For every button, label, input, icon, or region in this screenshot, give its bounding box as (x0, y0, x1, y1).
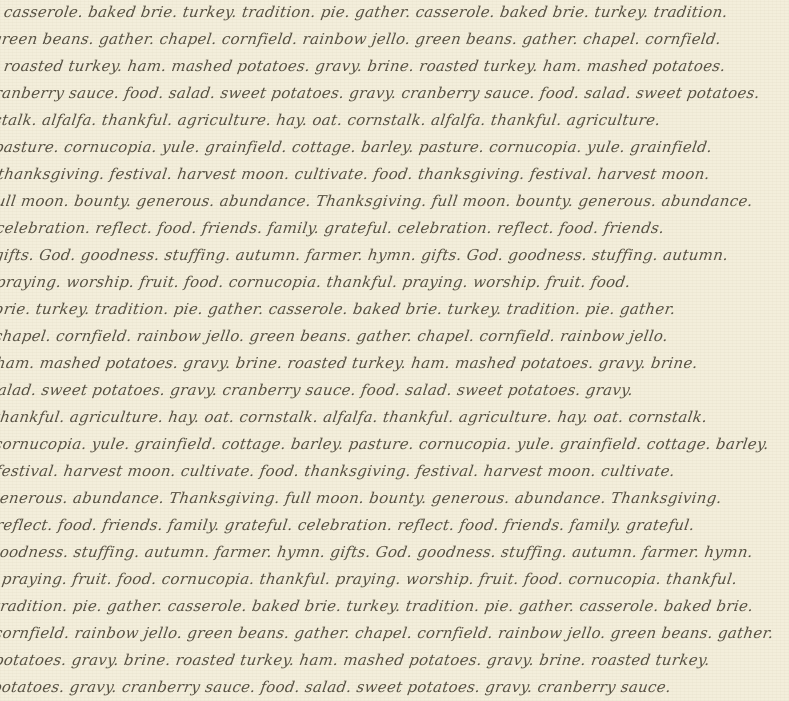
cursive-word-line: generous. abundance. Thanksgiving. full … (0, 488, 723, 508)
cursive-word-line: salad. sweet potatoes. gravy. cranberry … (0, 380, 635, 400)
cursive-word-line: thanksgiving. festival. harvest moon. cu… (0, 164, 711, 184)
cursive-word-line: reflect. food. friends. family. grateful… (0, 515, 696, 535)
cursive-word-line: chapel. cornfield. rainbow jello. green … (0, 326, 669, 346)
cursive-word-line: praying. worship. fruit. food. cornucopi… (0, 272, 632, 292)
cursive-word-line: gifts. God. goodness. stuffing. autumn. … (0, 245, 730, 265)
cursive-word-line: full moon. bounty. generous. abundance. … (0, 191, 754, 211)
cursive-word-line: stalk. alfalfa. thankful. agriculture. h… (0, 110, 662, 130)
cursive-word-line: praying. fruit. food. cornucopia. thankf… (1, 569, 739, 589)
cursive-word-line: roasted turkey. ham. mashed potatoes. gr… (3, 56, 727, 76)
cursive-word-line: ham. mashed potatoes. gravy. brine. roas… (0, 353, 699, 373)
cursive-word-line: cranberry sauce. food. salad. sweet pota… (0, 83, 761, 103)
cursive-word-line: thankful. agriculture. hay. oat. cornsta… (0, 407, 709, 427)
cursive-word-line: cornucopia. yule. grainfield. cottage. b… (0, 434, 770, 454)
cursive-word-line: festival. harvest moon. cultivate. food.… (0, 461, 676, 481)
fabric-print: casserole. baked brie. turkey. tradition… (0, 0, 789, 701)
cursive-word-line: goodness. stuffing. autumn. farmer. hymn… (0, 542, 754, 562)
cursive-word-line: cornfield. rainbow jello. green beans. g… (0, 623, 775, 643)
cursive-word-line: tradition. pie. gather. casserole. baked… (0, 596, 755, 616)
cursive-word-line: pasture. cornucopia. yule. grainfield. c… (0, 137, 714, 157)
cursive-word-line: casserole. baked brie. turkey. tradition… (3, 2, 729, 22)
cursive-word-line: brie. turkey. tradition. pie. gather. ca… (0, 299, 677, 319)
cursive-word-line: potatoes. gravy. brine. roasted turkey. … (0, 650, 711, 670)
cursive-word-line: potatoes. gravy. cranberry sauce. food. … (0, 677, 672, 697)
cursive-word-line: celebration. reflect. food. friends. fam… (0, 218, 666, 238)
cursive-word-line: green beans. gather. chapel. cornfield. … (0, 29, 722, 49)
